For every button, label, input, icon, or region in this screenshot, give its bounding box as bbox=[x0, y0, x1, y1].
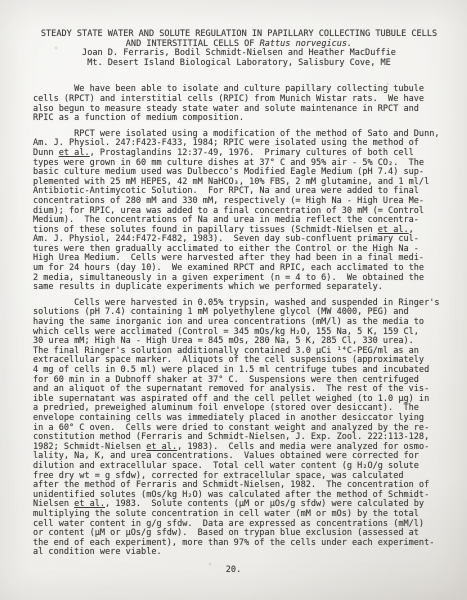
text-line: RPIC as a function of medium composition… bbox=[33, 114, 445, 124]
paragraph: RPCT were isolated using a modification … bbox=[33, 130, 445, 293]
affiliation-line: Mt. Desert Island Biological Laboratory,… bbox=[33, 59, 445, 69]
abstract-body: We have been able to isolate and culture… bbox=[33, 85, 445, 558]
page-number: 20. bbox=[0, 566, 467, 576]
text-line: al condition were viable. bbox=[33, 548, 445, 558]
title-block: STEADY STATE WATER AND SOLUTE REGULATION… bbox=[33, 30, 445, 68]
scanned-page: STEADY STATE WATER AND SOLUTE REGULATION… bbox=[0, 0, 467, 600]
text-line: same results in duplicate experiments wh… bbox=[33, 283, 445, 293]
abstract-content: STEADY STATE WATER AND SOLUTE REGULATION… bbox=[33, 30, 445, 564]
paragraph: We have been able to isolate and culture… bbox=[33, 85, 445, 123]
paragraph: Cells were harvested in 0.05% trypsin, w… bbox=[33, 299, 445, 558]
